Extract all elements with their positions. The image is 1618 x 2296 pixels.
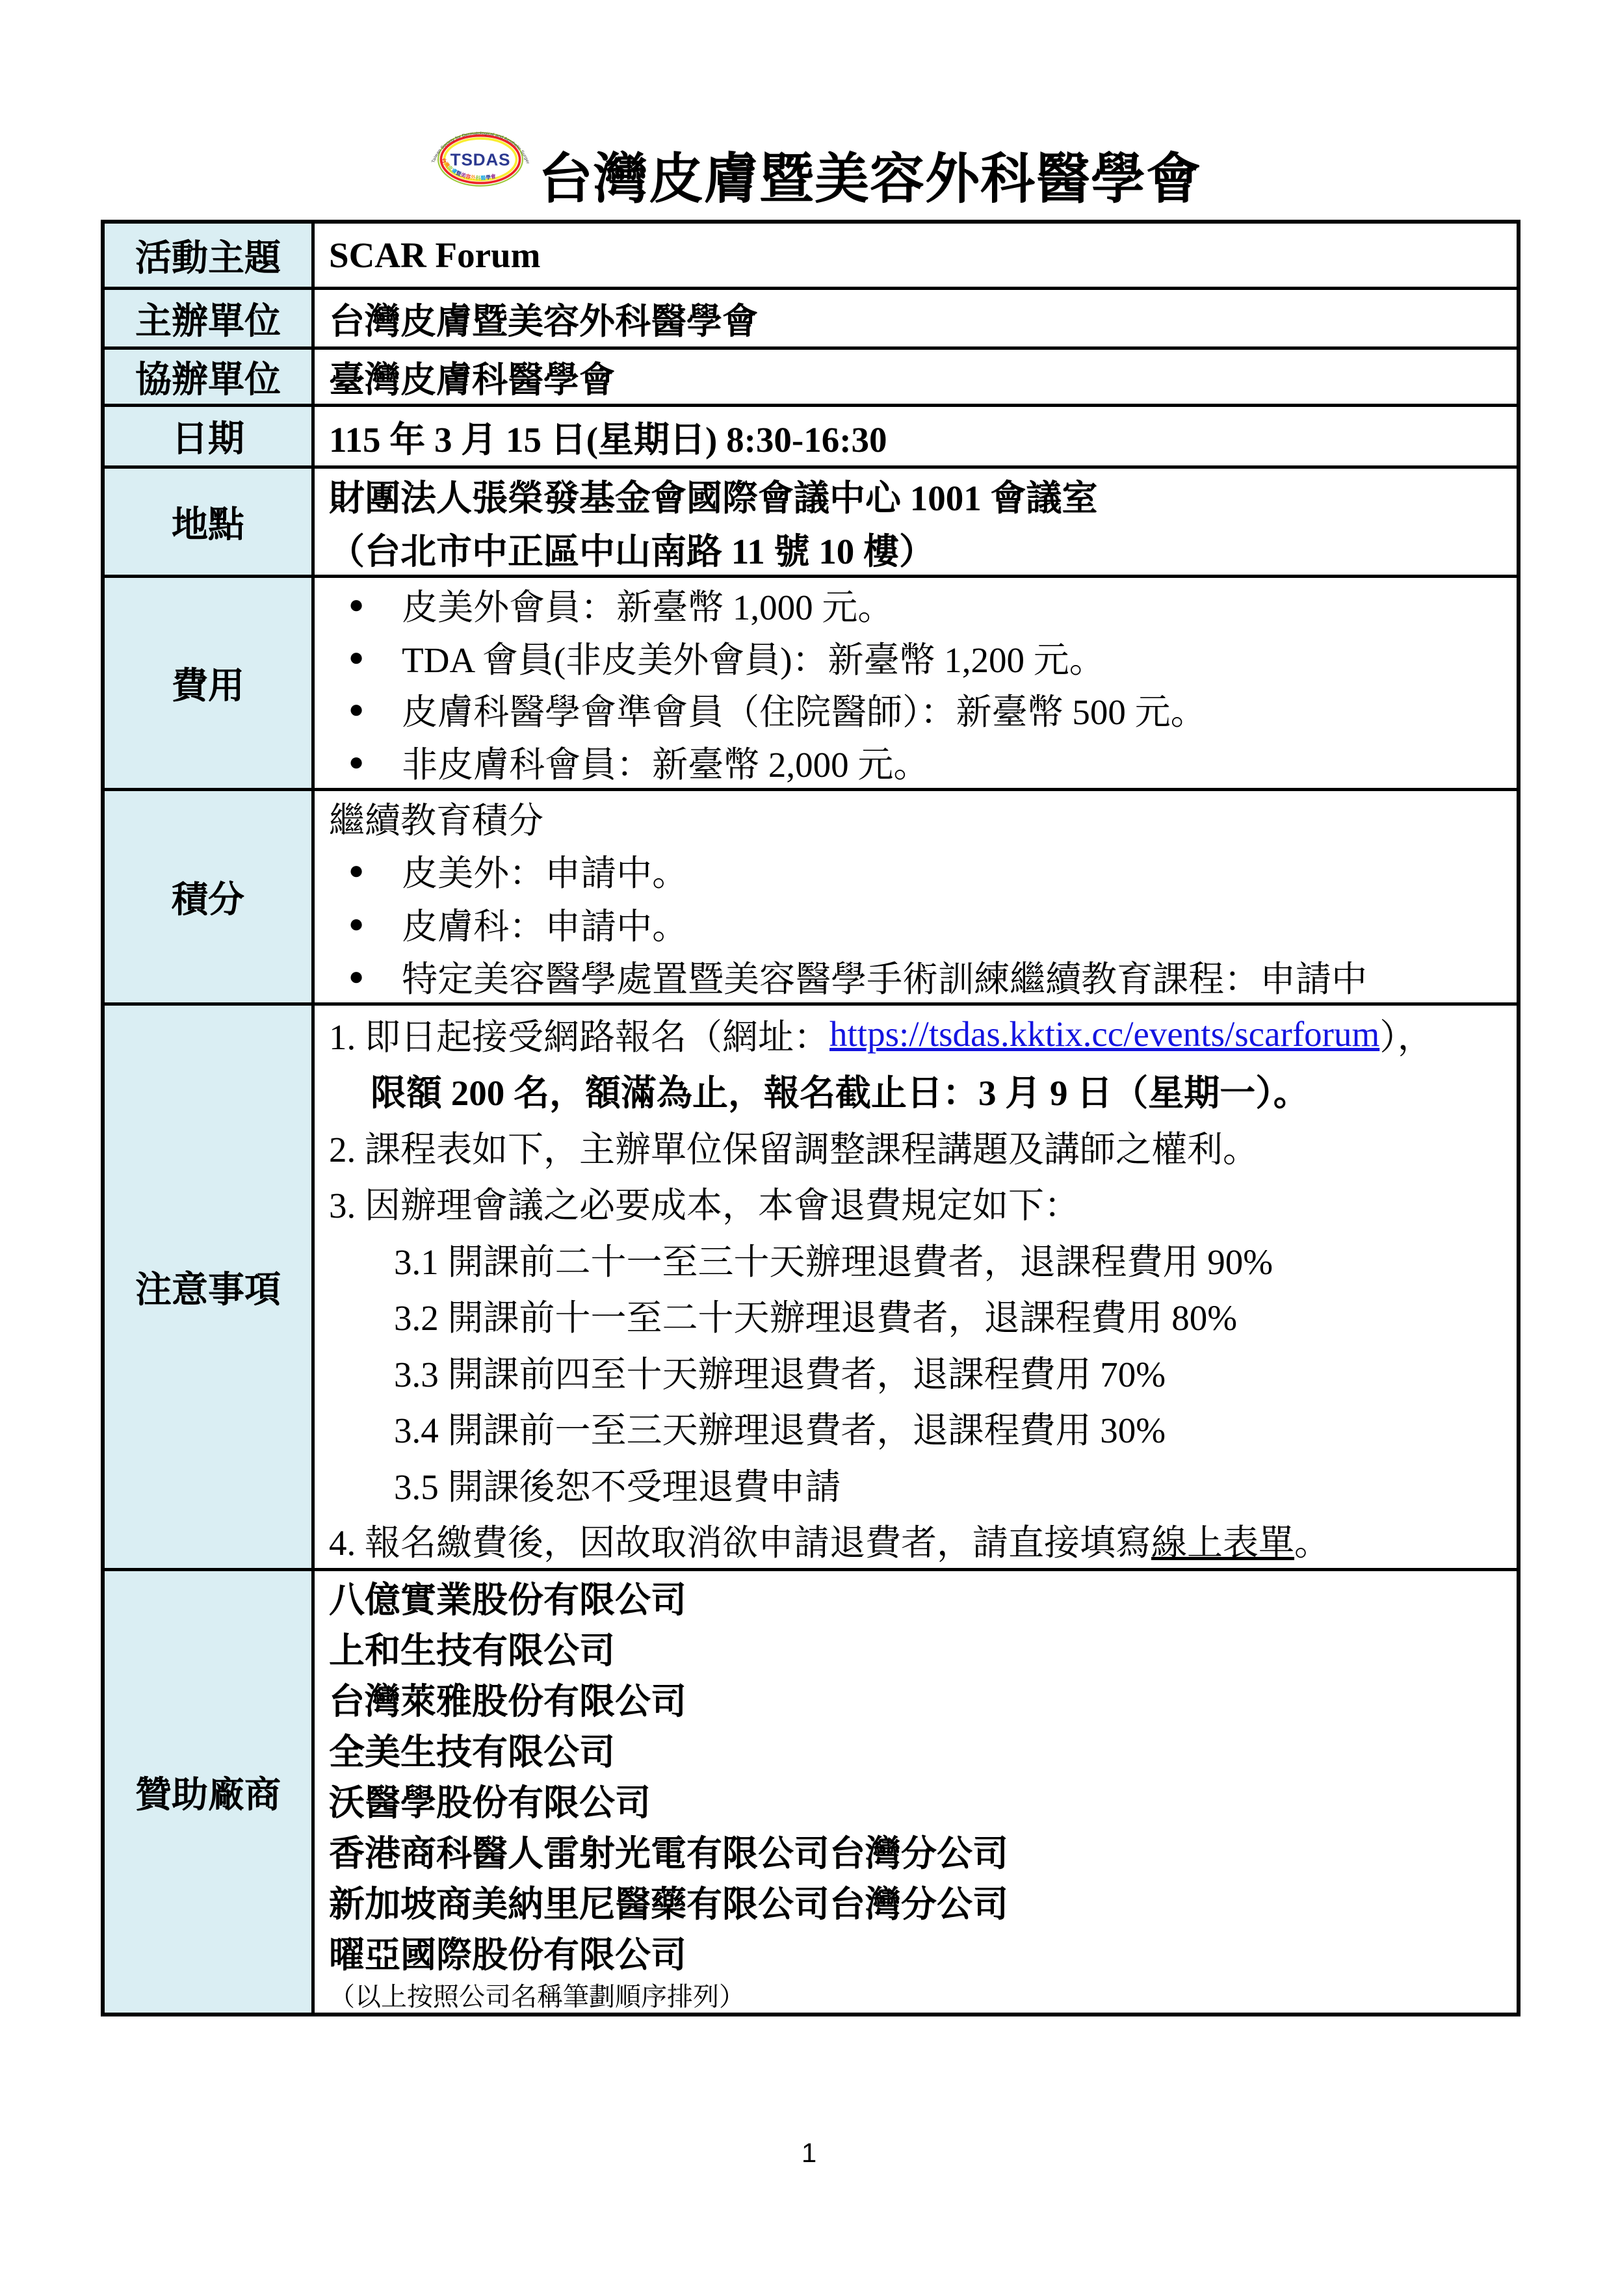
fee-item: 皮膚科醫學會準會員（住院醫師）：新臺幣 500 元。 <box>329 683 1517 736</box>
fee-item: 皮美外會員：新臺幣 1,000 元。 <box>329 578 1517 631</box>
note-item-1: 1. 即日起接受網路報名（網址：https://tsdas.kktix.cc/e… <box>329 1006 1517 1062</box>
row-label-date: 日期 <box>105 407 315 465</box>
page-title: 台灣皮膚暨美容外科醫學會 <box>538 144 1201 216</box>
note-item-1-continued: 限額 200 名，額滿為止，報名截止日：3 月 9 日（星期一）。 <box>329 1062 1517 1119</box>
online-form-link[interactable]: 線上表單 <box>1151 1514 1294 1565</box>
fee-item: 非皮膚科會員：新臺幣 2,000 元。 <box>329 735 1517 788</box>
row-label-notes: 注意事項 <box>105 1006 315 1568</box>
credit-item: 皮美外：申請中。 <box>329 844 1517 896</box>
sponsor-company: 香港商科醫人雷射光電有限公司台灣分公司 <box>329 1825 1517 1875</box>
table-row-notes: 注意事項 1. 即日起接受網路報名（網址：https://tsdas.kktix… <box>105 1006 1517 1571</box>
credit-item: 皮膚科：申請中。 <box>329 897 1517 950</box>
svg-text:TSDAS: TSDAS <box>450 150 511 170</box>
table-row-co-organizer: 協辦單位 臺灣皮膚科醫學會 <box>105 350 1517 407</box>
table-row-activity-topic: 活動主題 SCAR Forum <box>105 224 1517 290</box>
tsdas-logo-icon: Taiwan Society for Dermatological and Ae… <box>423 116 538 196</box>
note-item-3: 3. 因辦理會議之必要成本，本會退費規定如下： <box>329 1175 1517 1231</box>
note-item-4-prefix: 4. 報名繳費後，因故取消欲申請退費者，請直接填寫 <box>329 1514 1151 1565</box>
sponsor-company: 台灣萊雅股份有限公司 <box>329 1673 1517 1723</box>
sponsor-company: 沃醫學股份有限公司 <box>329 1774 1517 1825</box>
sponsor-order-note: （以上按照公司名稱筆劃順序排列） <box>329 1977 1517 2013</box>
refund-rule: 3.3 開課前四至十天辦理退費者，退課程費用 70% <box>329 1343 1517 1400</box>
table-row-fees: 費用 皮美外會員：新臺幣 1,000 元。 TDA 會員(非皮美外會員)：新臺幣… <box>105 578 1517 791</box>
note-item-1-prefix: 1. 即日起接受網路報名（網址： <box>329 1008 829 1060</box>
table-row-sponsors: 贊助廠商 八億實業股份有限公司 上和生技有限公司 台灣萊雅股份有限公司 全美生技… <box>105 1571 1517 2013</box>
credits-intro: 繼續教育積分 <box>329 791 1517 844</box>
note-item-4: 4. 報名繳費後，因故取消欲申請退費者，請直接填寫線上表單。 <box>329 1512 1517 1569</box>
row-label-fees: 費用 <box>105 578 315 788</box>
refund-rule: 3.4 開課前一至三天辦理退費者，退課程費用 30% <box>329 1400 1517 1456</box>
organizer-value: 台灣皮膚暨美容外科醫學會 <box>329 293 1517 344</box>
note-item-1-suffix: ）， <box>1379 1008 1433 1060</box>
row-label-co-organizer: 協辦單位 <box>105 350 315 404</box>
row-label-credits: 積分 <box>105 791 315 1002</box>
sponsor-company: 上和生技有限公司 <box>329 1622 1517 1673</box>
document-page: Taiwan Society for Dermatological and Ae… <box>0 0 1618 2296</box>
location-line: 財團法人張榮發基金會國際會議中心 1001 會議室 <box>329 469 1517 522</box>
sponsor-company: 新加坡商美納里尼醫藥有限公司台灣分公司 <box>329 1875 1517 1926</box>
refund-rule: 3.1 開課前二十一至三十天辦理退費者，退課程費用 90% <box>329 1231 1517 1287</box>
table-row-credits: 積分 繼續教育積分 皮美外：申請中。 皮膚科：申請中。 特定美容醫學處置暨美容醫… <box>105 791 1517 1006</box>
co-organizer-value: 臺灣皮膚科醫學會 <box>329 351 1517 402</box>
row-label-sponsors: 贊助廠商 <box>105 1571 315 2013</box>
sponsor-company: 曜亞國際股份有限公司 <box>329 1926 1517 1977</box>
row-label-activity-topic: 活動主題 <box>105 224 315 287</box>
credit-item: 特定美容醫學處置暨美容醫學手術訓練繼續教育課程：申請中 <box>329 950 1517 1002</box>
sponsor-company: 八億實業股份有限公司 <box>329 1571 1517 1622</box>
activity-topic-value: SCAR Forum <box>329 235 1517 276</box>
table-row-date: 日期 115 年 3 月 15 日(星期日) 8:30-16:30 <box>105 407 1517 469</box>
fee-item: TDA 會員(非皮美外會員)：新臺幣 1,200 元。 <box>329 631 1517 683</box>
location-line: （台北市中正區中山南路 11 號 10 樓） <box>329 522 1517 575</box>
note-item-2: 2. 課程表如下，主辦單位保留調整課程講題及講師之權利。 <box>329 1118 1517 1175</box>
note-item-4-suffix: 。 <box>1294 1514 1330 1565</box>
row-label-location: 地點 <box>105 469 315 575</box>
row-label-organizer: 主辦單位 <box>105 290 315 346</box>
date-value: 115 年 3 月 15 日(星期日) 8:30-16:30 <box>329 411 1517 462</box>
registration-url-link[interactable]: https://tsdas.kktix.cc/events/scarforum <box>829 1013 1379 1054</box>
table-row-location: 地點 財團法人張榮發基金會國際會議中心 1001 會議室 （台北市中正區中山南路… <box>105 469 1517 578</box>
page-number: 1 <box>0 2137 1618 2169</box>
refund-rule: 3.2 開課前十一至二十天辦理退費者，退課程費用 80% <box>329 1287 1517 1344</box>
refund-rule: 3.5 開課後恕不受理退費申請 <box>329 1455 1517 1512</box>
event-info-table: 活動主題 SCAR Forum 主辦單位 台灣皮膚暨美容外科醫學會 協辦單位 臺… <box>101 220 1520 2016</box>
sponsor-company: 全美生技有限公司 <box>329 1723 1517 1774</box>
table-row-organizer: 主辦單位 台灣皮膚暨美容外科醫學會 <box>105 290 1517 350</box>
